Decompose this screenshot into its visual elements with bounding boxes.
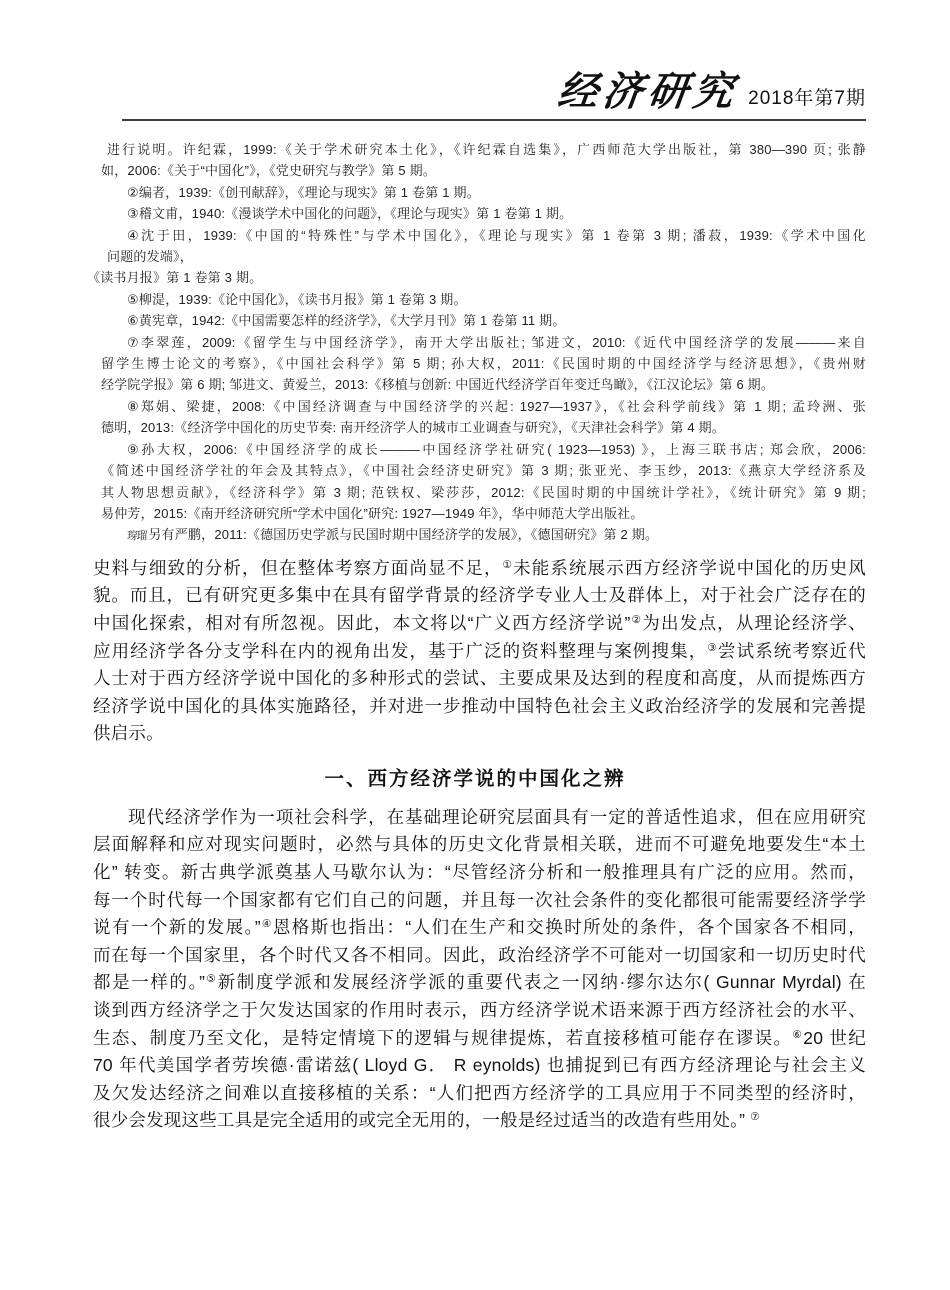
body-text-line: 中国化探索，相对有所忽视。因此，本文将以“广义西方经济学说”②为出发点，从理论经… — [93, 610, 866, 638]
footnote-ref: ⑥ — [792, 1029, 803, 1041]
text-run: 生态、制度乃至文化，是特定情境下的逻辑与规律提炼，若直接移植可能存在谬误。⑥20… — [93, 1028, 866, 1048]
text-run: 应用经济学各分支学科在内的视角出发，基于广泛的资料整理与案例搜集，③尝试系统考察… — [93, 641, 866, 661]
footnote-line: ⑥黄宪章，1942:《中国需要怎样的经济学》，《大学月刊》第 1 卷第 11 期… — [101, 310, 866, 331]
footnote-line: ②编者，1939:《创刊献辞》，《理论与现实》第 1 卷第 1 期。 — [101, 182, 866, 203]
footnote-ten-marker: 瑏瑠 — [127, 530, 148, 542]
footnote-line: 如，2006:《关于“中国化”》，《党史研究与教学》第 5 期。 — [101, 160, 866, 181]
masthead-row: 经济研究 2018年第7期 — [93, 72, 866, 112]
footnote-item: 进行说明。许纪霖，1999:《关于学术研究本土化》，《许纪霖自选集》，广西师范大… — [101, 139, 866, 182]
body-text-line: 及欠发达经济之间难以直接移植的关系：“人们把西方经济学的工具应用于不同类型的经济… — [93, 1080, 866, 1108]
body-text-line: 很少会发现这些工具是完全适用的或完全无用的，一般是经过适当的改造有些用处。” ⑦ — [93, 1107, 866, 1135]
text-run: 谈到西方经济学之于欠发达国家的作用时表示，西方经济学说术语来源于西方经济社会的水… — [93, 1000, 866, 1020]
footnote-ref: ① — [503, 559, 514, 571]
text-run: ⑥黄宪章，1942:《中国需要怎样的经济学》，《大学月刊》第 1 卷第 11 期… — [127, 313, 566, 328]
body-text-line: 70 年代美国学者劳埃德·雷诺兹( Lloyd G． R eynolds) 也捕… — [93, 1052, 866, 1080]
footnote-item: ④沈于田，1939:《中国的“特殊性”与学术中国化》，《理论与现实》第 1 卷第… — [101, 225, 866, 289]
text-run: 经济学说中国化的具体实施路径，并对进一步推动中国特色社会主义政治经济学的发展和完… — [93, 696, 866, 716]
text-run: 70 年代美国学者劳埃德·雷诺兹( Lloyd G． R eynolds) 也捕… — [93, 1055, 866, 1075]
body-text-line: 应用经济学各分支学科在内的视角出发，基于广泛的资料整理与案例搜集，③尝试系统考察… — [93, 638, 866, 666]
footnote-item: ⑤柳湜，1939:《论中国化》，《读书月报》第 1 卷第 3 期。 — [101, 289, 866, 310]
text-run: 经学院学报》第 6 期; 邹进文、黄爱兰，2013:《移植与创新: 中国近代经济… — [101, 377, 774, 392]
body-text-line: 史料与细致的分析，但在整体考察方面尚显不足，①未能系统展示西方经济学说中国化的历… — [93, 555, 866, 583]
text-run: 貌。而且，已有研究更多集中在具有留学背景的经济学专业人士及群体上，对于社会广泛存… — [93, 585, 866, 605]
journal-logo: 经济研究 — [556, 72, 741, 112]
footnote-item: ⑥黄宪章，1942:《中国需要怎样的经济学》，《大学月刊》第 1 卷第 11 期… — [101, 310, 866, 331]
text-run: 德明，2013:《经济学中国化的历史节奏: 南开经济学人的城市工业调查与研究》，… — [101, 420, 725, 435]
text-run: 进行说明。许纪霖，1999:《关于学术研究本土化》，《许纪霖自选集》，广西师范大… — [107, 142, 866, 157]
text-run: 如，2006:《关于“中国化”》，《党史研究与教学》第 5 期。 — [101, 163, 436, 178]
text-run: ⑦李翠莲，2009:《留学生与中国经济学》，南开大学出版社; 邹进文，2010:… — [127, 335, 866, 350]
text-run: 而在每一个国家里，各个时代又各不相同。因此，政治经济学不可能对一切国家和一切历史… — [93, 945, 866, 965]
text-run: 每一个时代每一个国家都有它们自己的问题，并且每一次社会条件的变化都很可能需要经济… — [93, 890, 866, 910]
footnote-item: ⑧郑娟、梁捷，2008:《中国经济调查与中国经济学的兴起: 1927—1937》… — [101, 396, 866, 439]
body-text-line: 谈到西方经济学之于欠发达国家的作用时表示，西方经济学说术语来源于西方经济社会的水… — [93, 997, 866, 1025]
body-text-line: 人士对于西方经济学说中国化的多种形式的尝试、主要成果及达到的程度和高度，从而提炼… — [93, 665, 866, 693]
text-run: 很少会发现这些工具是完全适用的或完全无用的，一般是经过适当的改造有些用处。” ⑦ — [93, 1110, 760, 1130]
journal-page: 经济研究 2018年第7期 进行说明。许纪霖，1999:《关于学术研究本土化》，… — [0, 0, 950, 1290]
text-run: ④沈于田，1939:《中国的“特殊性”与学术中国化》，《理论与现实》第 1 卷第… — [127, 228, 866, 243]
text-run: ⑧郑娟、梁捷，2008:《中国经济调查与中国经济学的兴起: 1927—1937》… — [127, 399, 866, 414]
body-text-line: 貌。而且，已有研究更多集中在具有留学背景的经济学专业人士及群体上，对于社会广泛存… — [93, 582, 866, 610]
text-run: ②编者，1939:《创刊献辞》，《理论与现实》第 1 卷第 1 期。 — [127, 185, 480, 200]
footnote-ref: ③ — [707, 642, 718, 654]
text-run: 问题的发端》， — [107, 249, 193, 264]
text-run: 都是一样的。”⑤新制度学派和发展经济学派的重要代表之一冈纳·缪尔达尔( Gunn… — [93, 972, 866, 992]
footnote-ref: ② — [631, 614, 643, 626]
footnote-line: 易仲芳，2015:《南开经济研究所“学术中国化”研究: 1927—1949 年》… — [101, 503, 866, 524]
text-run: 人士对于西方经济学说中国化的多种形式的尝试、主要成果及达到的程度和高度，从而提炼… — [93, 668, 866, 688]
body-text-line: 供启示。 — [93, 720, 866, 748]
footnote-line: ⑤柳湜，1939:《论中国化》，《读书月报》第 1 卷第 3 期。 — [101, 289, 866, 310]
text-run: 说有一个新的发展。”④恩格斯也指出：“人们在生产和交换时所处的条件，各个国家各不… — [93, 917, 866, 937]
text-run: ③稽文甫，1940:《漫谈学术中国化的问题》，《理论与现实》第 1 卷第 1 期… — [127, 206, 572, 221]
text-run: 留学生博士论文的考察》，《中国社会科学》第 5 期; 孙大权，2011:《民国时… — [101, 356, 866, 371]
footnote-line: 经学院学报》第 6 期; 邹进文、黄爱兰，2013:《移植与创新: 中国近代经济… — [101, 374, 866, 395]
text-run: 易仲芳，2015:《南开经济研究所“学术中国化”研究: 1927—1949 年》… — [101, 506, 644, 521]
footnote-item: ⑨孙大权，2006:《中国经济学的成长———中国经济学社研究( 1923—195… — [101, 439, 866, 525]
text-run: ⑨孙大权，2006:《中国经济学的成长———中国经济学社研究( 1923—195… — [127, 442, 866, 457]
body-text-line: 每一个时代每一个国家都有它们自己的问题，并且每一次社会条件的变化都很可能需要经济… — [93, 887, 866, 915]
footnote-line: ⑧郑娟、梁捷，2008:《中国经济调查与中国经济学的兴起: 1927—1937》… — [101, 396, 866, 417]
footnote-block: 进行说明。许纪霖，1999:《关于学术研究本土化》，《许纪霖自选集》，广西师范大… — [101, 139, 866, 548]
body-text-line: 化” 转变。新古典学派奠基人马歇尔认为：“尽管经济分析和一般推理具有广泛的应用。… — [93, 859, 866, 887]
text-run: 层面解释和应对现实问题时，必然与具体的历史文化背景相关联，进而不可避免地要发生“… — [93, 834, 866, 854]
text-run: 中国化探索，相对有所忽视。因此，本文将以“广义西方经济学说”②为出发点，从理论经… — [93, 613, 866, 633]
body-paragraph-1: 史料与细致的分析，但在整体考察方面尚显不足，①未能系统展示西方经济学说中国化的历… — [93, 555, 866, 748]
footnote-ref: ⑦ — [750, 1112, 760, 1124]
body-text-line: 层面解释和应对现实问题时，必然与具体的历史文化背景相关联，进而不可避免地要发生“… — [93, 831, 866, 859]
text-run: 供启示。 — [93, 723, 164, 743]
body-text-line: 生态、制度乃至文化，是特定情境下的逻辑与规律提炼，若直接移植可能存在谬误。⑥20… — [93, 1025, 866, 1053]
footnote-item: ②编者，1939:《创刊献辞》，《理论与现实》第 1 卷第 1 期。 — [101, 182, 866, 203]
footnote-item: ③稽文甫，1940:《漫谈学术中国化的问题》，《理论与现实》第 1 卷第 1 期… — [101, 203, 866, 224]
body-text-line: 现代经济学作为一项社会科学，在基础理论研究层面具有一定的普适性追求，但在应用研究 — [93, 804, 866, 832]
body-text-line: 而在每一个国家里，各个时代又各不相同。因此，政治经济学不可能对一切国家和一切历史… — [93, 942, 866, 970]
text-run: 化” 转变。新古典学派奠基人马歇尔认为：“尽管经济分析和一般推理具有广泛的应用。… — [93, 862, 866, 882]
text-run: 其人物思想贡献》，《经济科学》第 3 期; 范铁权、梁莎莎，2012:《民国时期… — [101, 485, 866, 500]
header-divider — [122, 119, 866, 121]
footnote-line: ⑨孙大权，2006:《中国经济学的成长———中国经济学社研究( 1923—195… — [101, 439, 866, 460]
section-heading: 一、西方经济学说的中国化之辨 — [0, 763, 950, 791]
body-text-line: 经济学说中国化的具体实施路径，并对进一步推动中国特色社会主义政治经济学的发展和完… — [93, 693, 866, 721]
footnote-item: ⑦李翠莲，2009:《留学生与中国经济学》，南开大学出版社; 邹进文，2010:… — [101, 332, 866, 396]
text-run: 另有严鹏，2011:《德国历史学派与民国时期中国经济学的发展》，《德国研究》第 … — [148, 527, 658, 542]
body-text-line: 说有一个新的发展。”④恩格斯也指出：“人们在生产和交换时所处的条件，各个国家各不… — [93, 914, 866, 942]
text-run: ⑤柳湜，1939:《论中国化》，《读书月报》第 1 卷第 3 期。 — [127, 292, 467, 307]
footnote-ref: ⑤ — [205, 974, 218, 986]
text-run: 现代经济学作为一项社会科学，在基础理论研究层面具有一定的普适性追求，但在应用研究 — [128, 807, 866, 827]
issue-label: 2018年第7期 — [748, 89, 866, 112]
footnote-line: 其人物思想贡献》，《经济科学》第 3 期; 范铁权、梁莎莎，2012:《民国时期… — [101, 482, 866, 503]
footnote-line: 进行说明。许纪霖，1999:《关于学术研究本土化》，《许纪霖自选集》，广西师范大… — [101, 139, 866, 160]
footnote-line: 瑏瑠另有严鹏，2011:《德国历史学派与民国时期中国经济学的发展》，《德国研究》… — [101, 524, 866, 547]
footnote-ref: ④ — [261, 918, 273, 930]
footnote-line: 问题的发端》， — [101, 246, 866, 267]
text-run: 《读书月报》第 1 卷第 3 期。 — [87, 270, 262, 285]
body-text-line: 都是一样的。”⑤新制度学派和发展经济学派的重要代表之一冈纳·缪尔达尔( Gunn… — [93, 969, 866, 997]
footnote-line: ④沈于田，1939:《中国的“特殊性”与学术中国化》，《理论与现实》第 1 卷第… — [101, 225, 866, 246]
text-run: 《简述中国经济学社的年会及其特点》，《中国社会经济史研究》第 3 期; 张亚光、… — [101, 463, 866, 478]
text-run: 史料与细致的分析，但在整体考察方面尚显不足，①未能系统展示西方经济学说中国化的历… — [93, 558, 866, 578]
page-header: 经济研究 2018年第7期 — [0, 0, 950, 121]
footnote-line: 留学生博士论文的考察》，《中国社会科学》第 5 期; 孙大权，2011:《民国时… — [101, 353, 866, 374]
footnote-line: 《简述中国经济学社的年会及其特点》，《中国社会经济史研究》第 3 期; 张亚光、… — [101, 460, 866, 481]
footnote-line: ⑦李翠莲，2009:《留学生与中国经济学》，南开大学出版社; 邹进文，2010:… — [101, 332, 866, 353]
body-paragraph-2: 现代经济学作为一项社会科学，在基础理论研究层面具有一定的普适性追求，但在应用研究… — [93, 804, 866, 1135]
footnote-line: 《读书月报》第 1 卷第 3 期。 — [87, 267, 866, 288]
footnote-line: ③稽文甫，1940:《漫谈学术中国化的问题》，《理论与现实》第 1 卷第 1 期… — [101, 203, 866, 224]
footnote-item: 瑏瑠另有严鹏，2011:《德国历史学派与民国时期中国经济学的发展》，《德国研究》… — [101, 524, 866, 547]
text-run: 及欠发达经济之间难以直接移植的关系：“人们把西方经济学的工具应用于不同类型的经济… — [93, 1083, 866, 1103]
footnote-line: 德明，2013:《经济学中国化的历史节奏: 南开经济学人的城市工业调查与研究》，… — [101, 417, 866, 438]
